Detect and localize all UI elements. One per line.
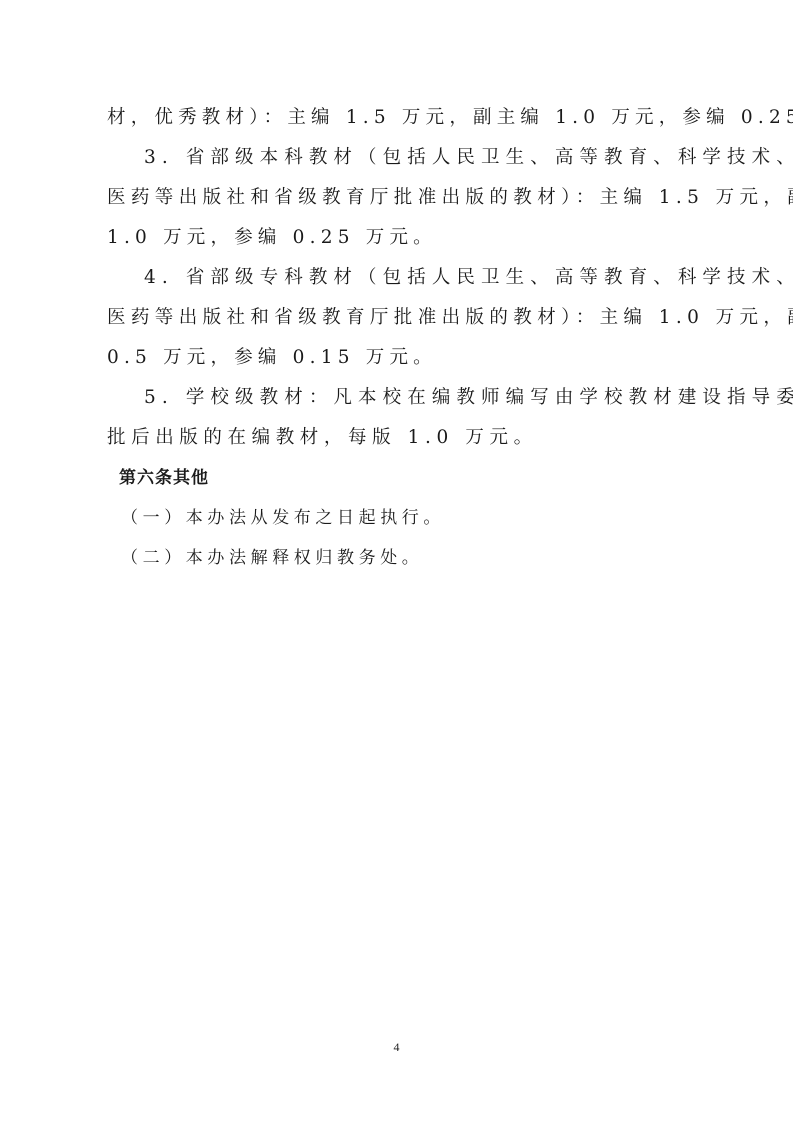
item-4-line-2: 医药等出版社和省级教育厅批准出版的教材）：主编 1.0 万元，副主编 [107,303,689,343]
section-heading: 第六条其他 [107,463,689,503]
clause-2: （二）本办法解释权归教务处。 [107,543,689,583]
page-number: 4 [0,1040,793,1055]
document-page-body: 材，优秀教材）：主编 1.5 万元，副主编 1.0 万元，参编 0.25 万元。… [107,103,689,583]
item-4-line-3: 0.5 万元，参编 0.15 万元。 [107,343,689,383]
item-3-line-2: 医药等出版社和省级教育厅批准出版的教材）：主编 1.5 万元，副主编 [107,183,689,223]
item-3-line-1: 3. 省部级本科教材（包括人民卫生、高等教育、科学技术、中国中 [107,143,689,183]
item-5-line-1: 5. 学校级教材：凡本校在编教师编写由学校教材建设指导委员会审 [107,383,689,423]
item-5-line-2: 批后出版的在编教材，每版 1.0 万元。 [107,423,689,463]
item-4-line-1: 4. 省部级专科教材（包括人民卫生、高等教育、科学技术、中国中 [107,263,689,303]
item-3-line-3: 1.0 万元，参编 0.25 万元。 [107,223,689,263]
clause-1: （一）本办法从发布之日起执行。 [107,503,689,543]
paragraph-line: 材，优秀教材）：主编 1.5 万元，副主编 1.0 万元，参编 0.25 万元。 [107,103,689,143]
